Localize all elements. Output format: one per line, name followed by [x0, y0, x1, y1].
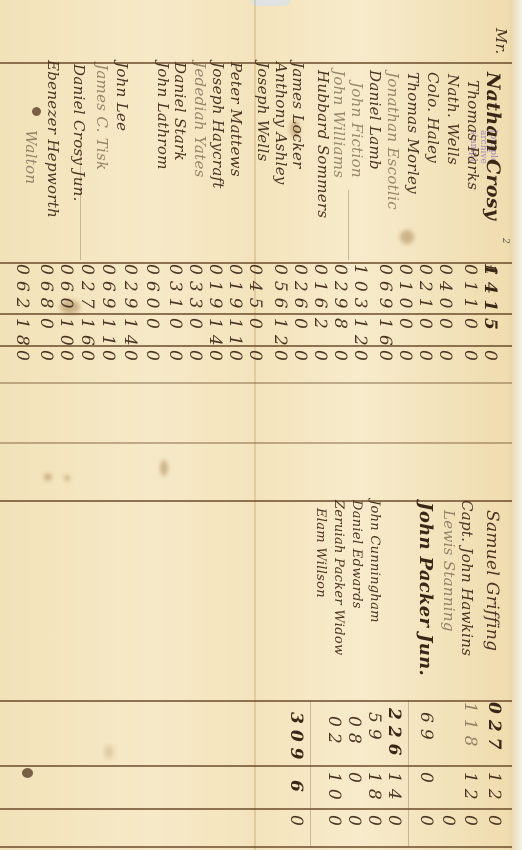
amount-pounds: 031	[165, 264, 185, 314]
amount-pence: 0	[142, 350, 162, 367]
ledger-name: Daniel Crosy Jun.	[70, 64, 88, 202]
total-shillings: 6	[286, 780, 306, 798]
amount-pounds: 027	[484, 702, 504, 756]
stain	[160, 460, 168, 476]
ledger-name: Daniel Lamb	[366, 70, 384, 170]
amount-pence: 0	[165, 350, 185, 367]
amount-pence: 0	[415, 350, 435, 367]
amount-pounds: 068	[36, 264, 56, 314]
header-mark: Mr.	[492, 28, 510, 55]
torn-corner	[250, 0, 290, 6]
amount-shillings: 18	[364, 772, 384, 806]
amount-pounds: 016	[310, 264, 330, 314]
amount-pounds: 045	[245, 264, 265, 314]
amount-shillings: 0	[395, 318, 415, 335]
amount-pence: 0	[460, 815, 480, 832]
amount-pence: 0	[484, 815, 504, 832]
stain	[44, 473, 52, 481]
amount-pounds: 118	[460, 702, 480, 752]
ledger-name: Zeruiah Packer Widow	[331, 500, 346, 655]
amount-pounds: 69	[416, 712, 436, 746]
amount-pence: 0	[56, 350, 76, 367]
amount-pounds: 027	[77, 264, 97, 314]
amount-pence: 0	[310, 350, 330, 367]
ledger-name: James C. Tisk	[93, 64, 111, 171]
amount-pence: 0	[245, 350, 265, 367]
amount-shillings: 0	[36, 318, 56, 335]
paper-edge	[510, 0, 522, 850]
amount-shillings: 10	[324, 772, 344, 806]
amount-shillings: 14	[384, 772, 404, 806]
amount-pence: 0	[438, 815, 458, 832]
ledger-name: John Packer Jun.	[415, 502, 436, 676]
ink-blot	[22, 768, 33, 778]
amount-shillings: 12	[270, 318, 290, 352]
ledger-name: John Fiction	[348, 82, 366, 178]
amount-pounds: 08	[344, 716, 364, 750]
amount-pence: 0	[395, 350, 415, 367]
amount-shillings: 5	[480, 318, 500, 336]
amount-pounds: 226	[384, 708, 404, 762]
ledger-name: Peter Mattews	[227, 62, 245, 177]
amount-shillings: 12	[460, 772, 480, 806]
ledger-name: James Locker	[289, 62, 307, 169]
total-pence: 0	[286, 815, 306, 832]
rule-line	[0, 442, 512, 444]
ledger-name: Lewis Stanning	[440, 510, 458, 632]
ledger-name: Joseph Haycraft	[209, 62, 227, 189]
amount-shillings: 18	[12, 318, 32, 352]
amount-shillings: 0	[416, 772, 436, 789]
stain	[64, 475, 70, 481]
amount-pence: 0	[480, 350, 500, 367]
amount-pence: 0	[270, 350, 290, 367]
amount-pence: 0	[435, 350, 455, 367]
amount-shillings: 0	[415, 318, 435, 335]
amount-pounds: 056	[270, 264, 290, 314]
amount-pounds: 033	[185, 264, 205, 314]
ledger-name: Capt. John Hawkins	[458, 500, 476, 656]
rule-line	[0, 846, 512, 848]
ledger-name: Walton	[22, 130, 40, 184]
amount-shillings: 12	[350, 318, 370, 352]
total-pounds: 309	[286, 712, 306, 766]
ledger-name: Thomas Morley	[404, 72, 422, 194]
amount-pence: 0	[77, 350, 97, 367]
amount-shillings: 16	[77, 318, 97, 352]
amount-pence: 0	[36, 350, 56, 367]
ledger-name: Daniel Edwards	[349, 500, 364, 609]
amount-shillings: 0	[460, 318, 480, 335]
amount-pounds: 069	[98, 264, 118, 314]
amount-shillings: 0	[290, 318, 310, 335]
amount-pounds: 019	[225, 264, 245, 314]
amount-pounds: 062	[12, 264, 32, 314]
ledger-name: John Cunningham	[367, 500, 382, 623]
ledger-name: Nathan Crosy	[482, 72, 504, 220]
ledger-name: Jedediah Yates	[191, 62, 209, 178]
amount-shillings: 11	[98, 318, 118, 352]
ledger-name: Colo. Haley	[424, 72, 442, 163]
amount-shillings: 14	[120, 318, 140, 352]
amount-pounds: 060	[56, 264, 76, 314]
amount-pence: 0	[416, 815, 436, 832]
amount-pounds: 019	[205, 264, 225, 314]
amount-shillings: 0	[344, 772, 364, 789]
amount-pence: 0	[120, 350, 140, 367]
amount-pounds: 040	[435, 264, 455, 314]
amount-pounds: 026	[290, 264, 310, 314]
amount-pence: 0	[375, 350, 395, 367]
rule-line	[0, 765, 512, 767]
amount-pounds: 029	[120, 264, 140, 314]
amount-pence: 0	[205, 350, 225, 367]
amount-shillings: 11	[225, 318, 245, 352]
amount-shillings: 8	[330, 318, 350, 335]
ledger-name: John Lee	[113, 62, 131, 131]
amount-pence: 0	[384, 815, 404, 832]
ledger-name: Anthony Ashley	[272, 62, 290, 185]
ink-blot	[32, 107, 41, 116]
rule-line	[0, 700, 512, 702]
amount-pence: 0	[98, 350, 118, 367]
amount-pounds: 029	[330, 264, 350, 314]
column-line	[310, 700, 311, 846]
ledger-name: Samuel Griffing	[482, 510, 502, 651]
amount-pence: 0	[324, 815, 344, 832]
amount-shillings: 2	[310, 318, 330, 335]
amount-pounds: 141	[480, 264, 500, 318]
rule-line	[0, 382, 512, 384]
amount-shillings: 0	[435, 318, 455, 335]
amount-pounds: 010	[395, 264, 415, 314]
amount-pence: 0	[350, 350, 370, 367]
amount-shillings: 0	[165, 318, 185, 335]
amount-pounds: 59	[364, 712, 384, 746]
amount-pence: 0	[225, 350, 245, 367]
amount-shillings: 16	[375, 318, 395, 352]
amount-pence: 0	[330, 350, 350, 367]
amount-shillings: 0	[245, 318, 265, 335]
ledger-name: Thomas Parks	[464, 80, 482, 190]
ledger-name: Joseph Wells	[254, 62, 272, 162]
amount-pounds: 060	[142, 264, 162, 314]
ledger-name: Hubbard Sommers	[314, 70, 332, 218]
ledger-name: John Williams	[330, 70, 348, 178]
rule-line	[0, 808, 512, 810]
ledger-name: Ebenezer Hepworth	[44, 60, 62, 218]
ledger-name: Daniel Stark	[171, 62, 189, 161]
column-line	[408, 700, 409, 846]
amount-shillings: 14	[205, 318, 225, 352]
amount-shillings: 12	[484, 772, 504, 806]
amount-pounds: 021	[415, 264, 435, 314]
amount-pounds: 02	[324, 716, 344, 750]
amount-pence: 0	[364, 815, 384, 832]
amount-pence: 0	[185, 350, 205, 367]
amount-shillings: 0	[142, 318, 162, 335]
column-line	[348, 190, 349, 260]
amount-pence: 0	[460, 350, 480, 367]
ledger-name: Nath. Wells	[444, 74, 462, 165]
stain	[400, 230, 414, 244]
amount-shillings: 10	[56, 318, 76, 352]
amount-pence: 0	[290, 350, 310, 367]
amount-pence: 0	[344, 815, 364, 832]
amount-pounds: 069	[375, 264, 395, 314]
amount-pounds: 103	[350, 264, 370, 314]
amount-shillings: 0	[185, 318, 205, 335]
ledger-name: Elam Willson	[313, 508, 328, 598]
stain	[104, 745, 114, 759]
amount-pence: 0	[12, 350, 32, 367]
page-number-mark: 2	[500, 238, 510, 244]
ledger-name: Jonathan Escotlic	[384, 72, 402, 210]
amount-pounds: 011	[460, 264, 480, 314]
ledger-name: John Lathrom	[154, 62, 172, 170]
